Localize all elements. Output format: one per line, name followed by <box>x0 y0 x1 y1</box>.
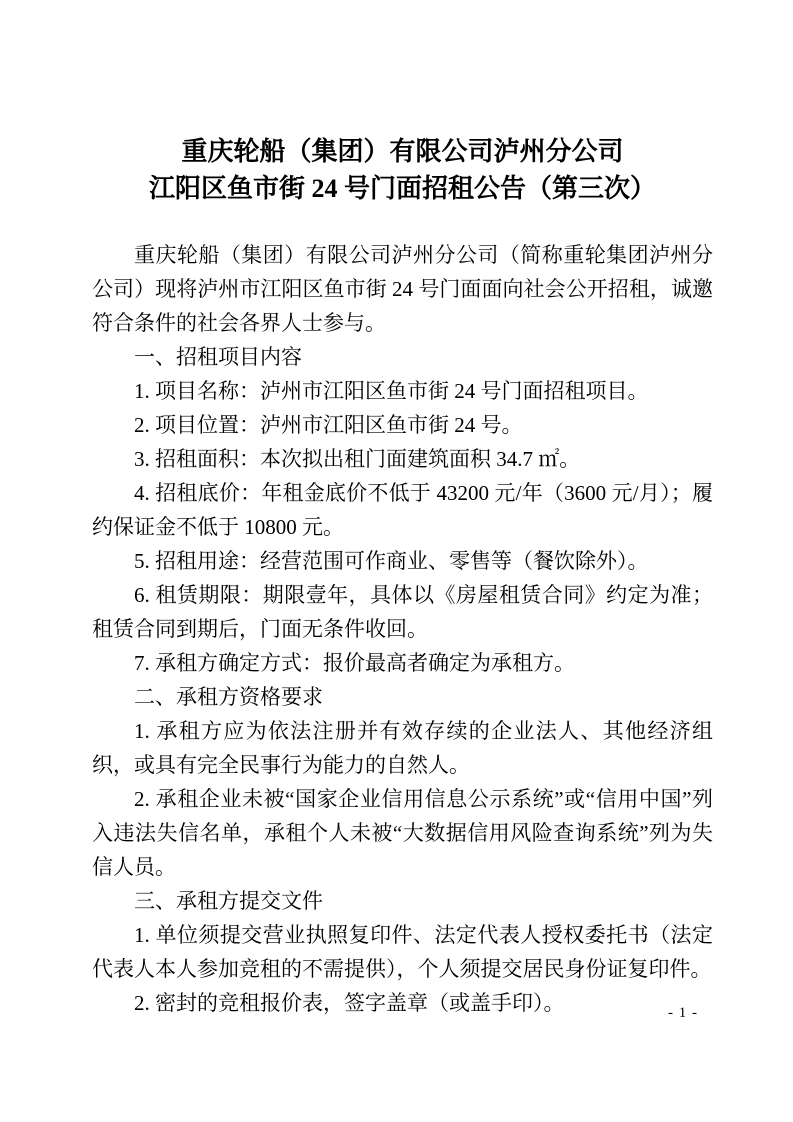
section-2-item-1: 1. 承租方应为依法注册并有效存续的企业法人、其他经济组织，或具有完全民事行为能… <box>92 714 713 782</box>
section-3-heading: 三、承租方提交文件 <box>92 884 713 918</box>
section-1-heading: 一、招租项目内容 <box>92 340 713 374</box>
section-1-item-4: 4. 招租底价：年租金底价不低于 43200 元/年（3600 元/月）；履约保… <box>92 476 713 544</box>
section-1-item-3: 3. 招租面积：本次拟出租门面建筑面积 34.7 ㎡。 <box>92 442 713 476</box>
document-body: 重庆轮船（集团）有限公司泸州分公司（简称重轮集团泸州分公司）现将泸州市江阳区鱼市… <box>92 238 713 1020</box>
intro-paragraph: 重庆轮船（集团）有限公司泸州分公司（简称重轮集团泸州分公司）现将泸州市江阳区鱼市… <box>92 238 713 340</box>
document-title-line-2: 江阳区鱼市街 24 号门面招租公告（第三次） <box>92 170 713 207</box>
section-3-item-2: 2. 密封的竞租报价表，签字盖章（或盖手印）。 <box>92 986 713 1020</box>
section-1-item-1: 1. 项目名称：泸州市江阳区鱼市街 24 号门面招租项目。 <box>92 374 713 408</box>
section-1-item-6: 6. 租赁期限：期限壹年，具体以《房屋租赁合同》约定为准；租赁合同到期后，门面无… <box>92 578 713 646</box>
document-page: 重庆轮船（集团）有限公司泸州分公司 江阳区鱼市街 24 号门面招租公告（第三次）… <box>0 0 793 1122</box>
section-1-item-2: 2. 项目位置：泸州市江阳区鱼市街 24 号。 <box>92 408 713 442</box>
document-title: 重庆轮船（集团）有限公司泸州分公司 江阳区鱼市街 24 号门面招租公告（第三次） <box>92 133 713 207</box>
section-3-item-1: 1. 单位须提交营业执照复印件、法定代表人授权委托书（法定代表人本人参加竞租的不… <box>92 918 713 986</box>
document-title-line-1: 重庆轮船（集团）有限公司泸州分公司 <box>92 133 713 170</box>
section-2-heading: 二、承租方资格要求 <box>92 680 713 714</box>
section-2-item-2: 2. 承租企业未被“国家企业信用信息公示系统”或“信用中国”列入违法失信名单，承… <box>92 782 713 884</box>
section-1-item-7: 7. 承租方确定方式：报价最高者确定为承租方。 <box>92 646 713 680</box>
section-1-item-5: 5. 招租用途：经营范围可作商业、零售等（餐饮除外）。 <box>92 544 713 578</box>
document-content: 重庆轮船（集团）有限公司泸州分公司 江阳区鱼市街 24 号门面招租公告（第三次）… <box>92 133 713 1020</box>
page-number: - 1 - <box>668 1003 698 1023</box>
